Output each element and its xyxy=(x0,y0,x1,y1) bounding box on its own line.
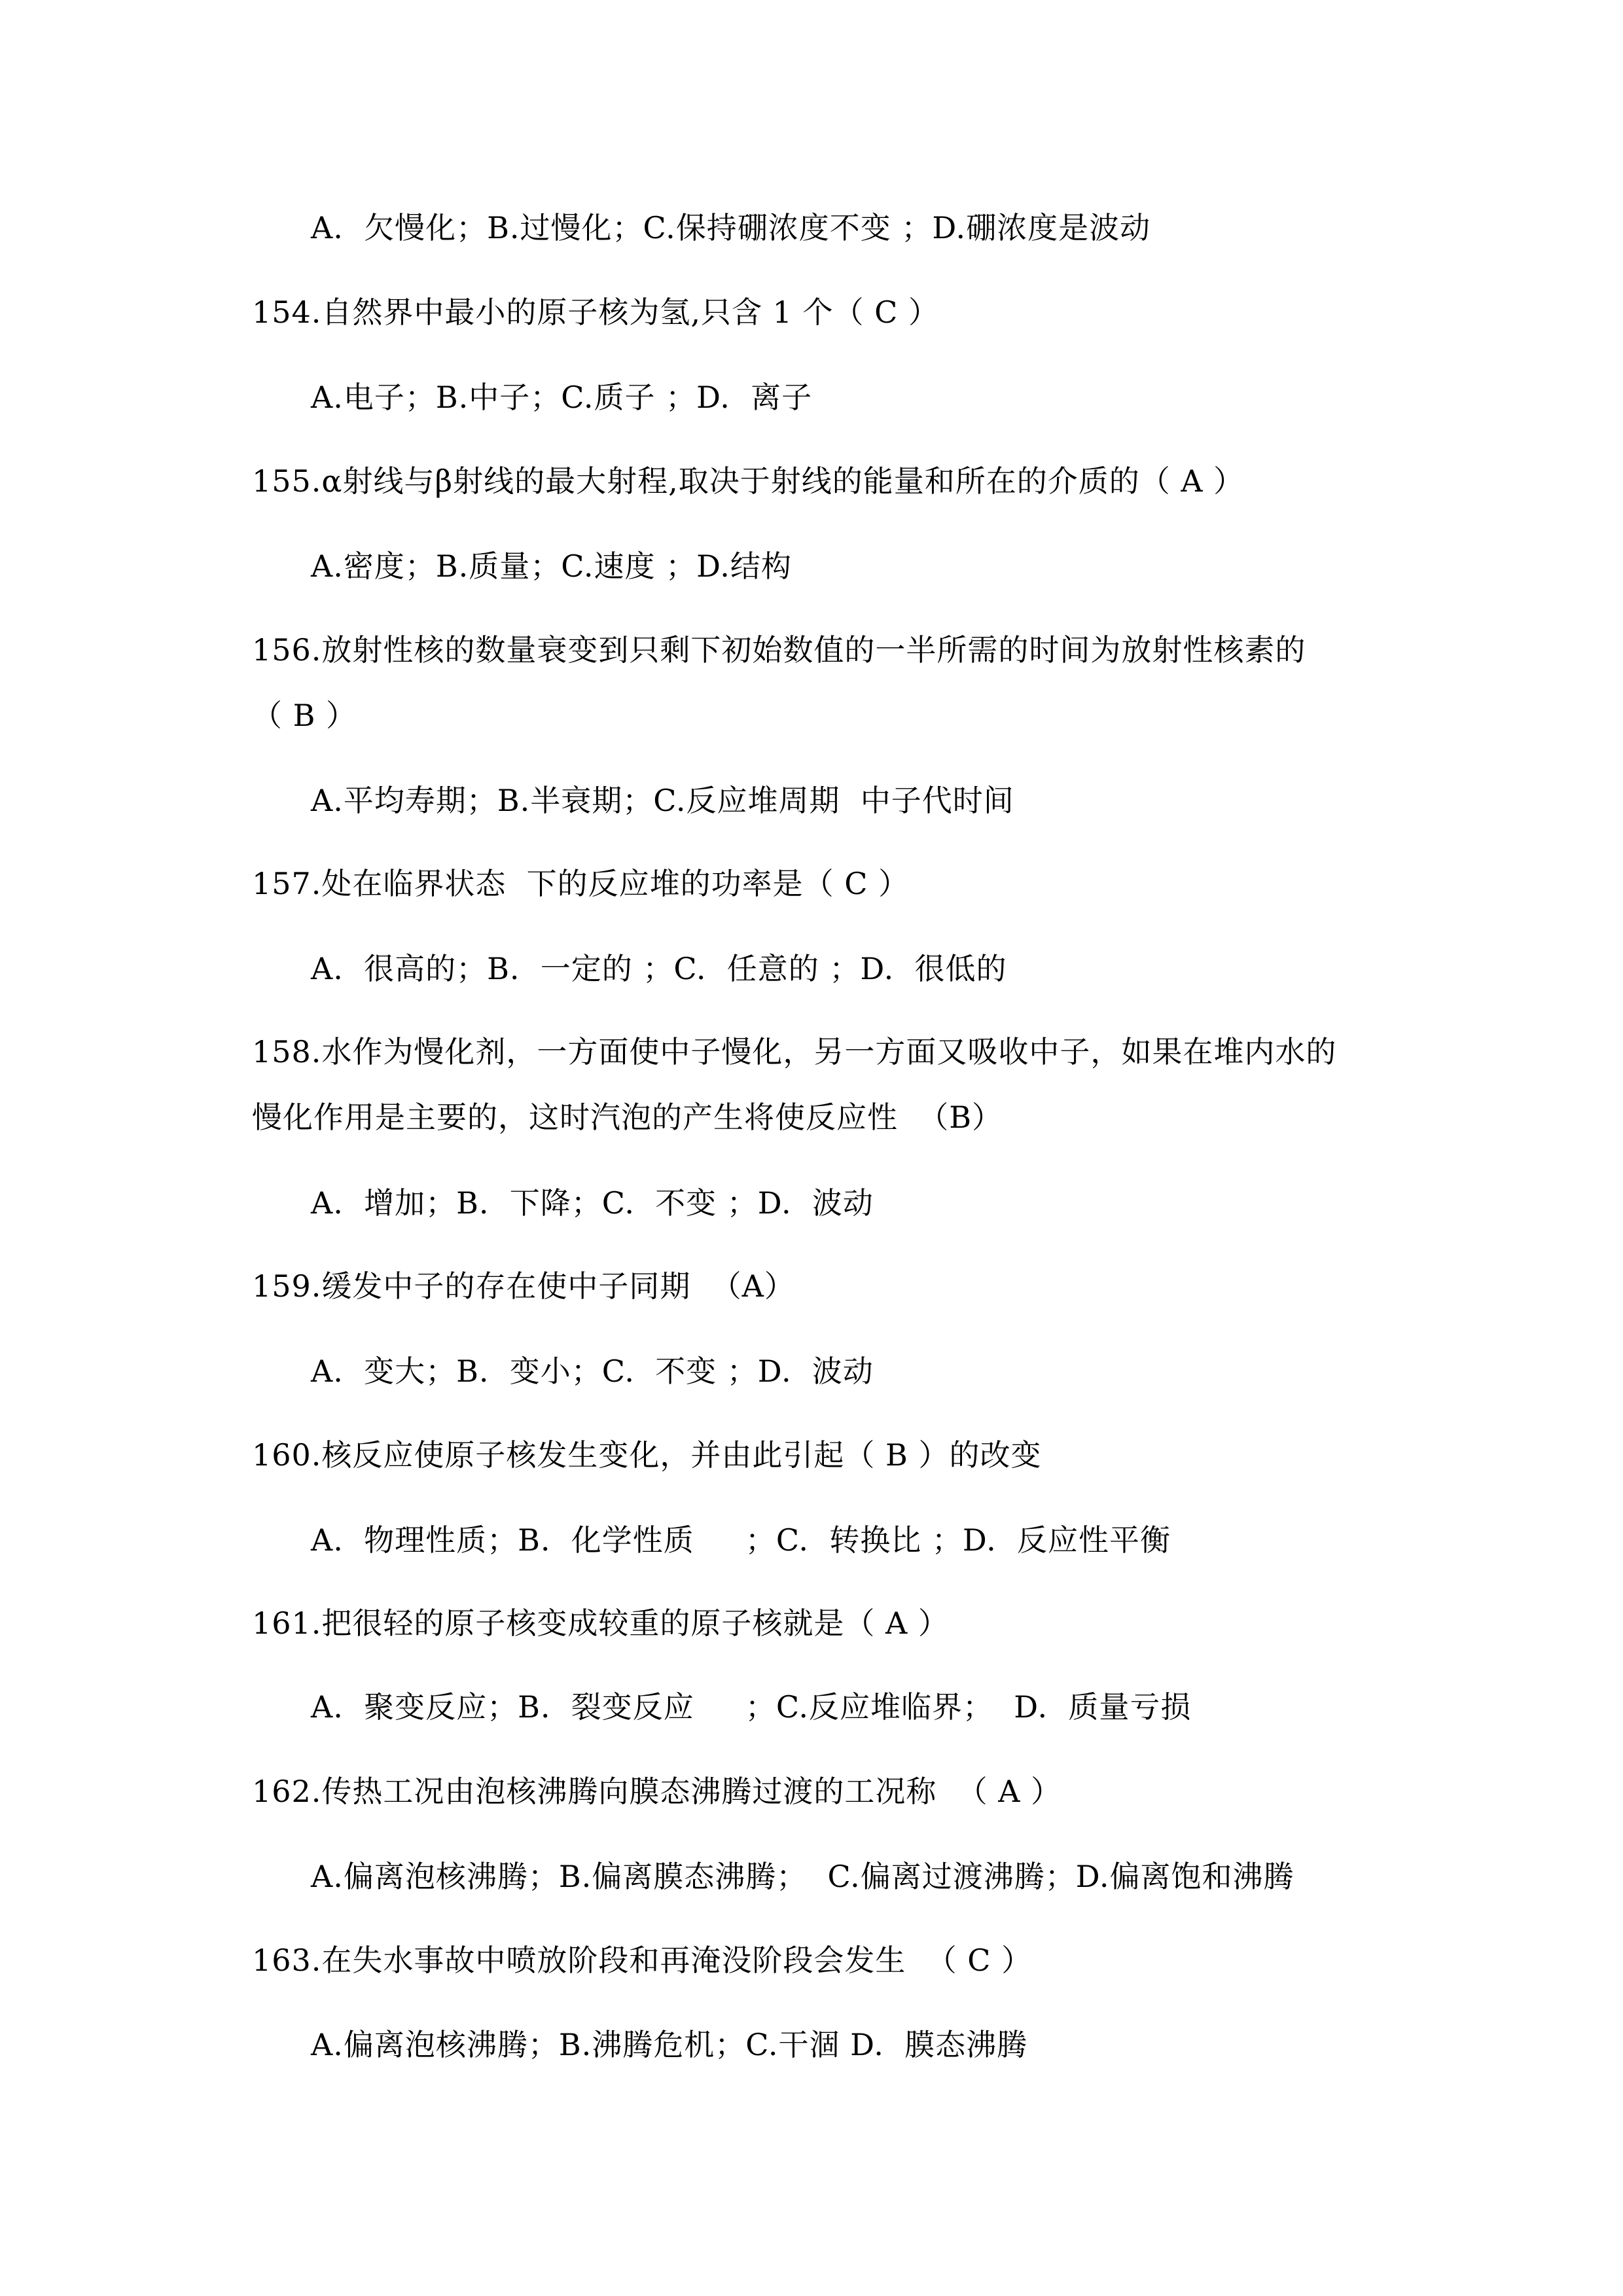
question-161: 161.把很轻的原子核变成较重的原子核就是（ A ） xyxy=(252,1604,949,1643)
question-156: 156.放射性核的数量衰变到只剩下初始数值的一半所需的时间为放射性核素的 xyxy=(252,630,1306,670)
question-158: 158.水作为慢化剂，一方面使中子慢化，另一方面又吸收中子，如果在堆内水的 xyxy=(252,1032,1336,1071)
options-160: A. 物理性质；B. 化学性质 ；C. 转换比 ；D. 反应性平衡 xyxy=(311,1520,1171,1560)
options-156: A.平均寿期；B.半衰期；C.反应堆周期 中子代时间 xyxy=(311,781,1014,820)
question-162: 162.传热工况由泡核沸腾向膜态沸腾过渡的工况称 （ A ） xyxy=(252,1772,1061,1811)
question-154: 154.自然界中最小的原子核为氢,只含 1 个（ C ） xyxy=(252,293,939,332)
options-154: A.电子；B.中子；C.质子 ；D. 离子 xyxy=(311,378,812,417)
options-158: A. 增加；B. 下降；C. 不变 ；D. 波动 xyxy=(311,1183,874,1223)
options-161: A. 聚变反应；B. 裂变反应 ；C.反应堆临界； D. 质量亏损 xyxy=(311,1687,1191,1727)
question-156-answer: （ B ） xyxy=(252,696,357,735)
question-155: 155.α射线与β射线的最大射程,取决于射线的能量和所在的介质的（ A ） xyxy=(252,461,1244,501)
options-153: A. 欠慢化；B.过慢化；C.保持硼浓度不变 ；D.硼浓度是波动 xyxy=(311,208,1150,247)
options-155: A.密度；B.质量；C.速度 ；D.结构 xyxy=(311,547,792,586)
question-159: 159.缓发中子的存在使中子同期 （A） xyxy=(252,1266,795,1306)
question-158-cont: 慢化作用是主要的，这时汽泡的产生将使反应性 （B） xyxy=(252,1098,1003,1137)
options-162: A.偏离泡核沸腾；B.偏离膜态沸腾； C.偏离过渡沸腾；D.偏离饱和沸腾 xyxy=(311,1857,1294,1896)
options-159: A. 变大；B. 变小；C. 不变 ；D. 波动 xyxy=(311,1352,874,1391)
question-157: 157.处在临界状态 下的反应堆的功率是（ C ） xyxy=(252,864,909,903)
question-160: 160.核反应使原子核发生变化，并由此引起（ B ）的改变 xyxy=(252,1435,1041,1475)
options-163: A.偏离泡核沸腾；B.沸腾危机；C.干涸 D. 膜态沸腾 xyxy=(311,2025,1027,2064)
question-163: 163.在失水事故中喷放阶段和再淹没阶段会发生 （ C ） xyxy=(252,1941,1032,1980)
options-157: A. 很高的；B. 一定的 ；C. 任意的 ；D. 很低的 xyxy=(311,949,1007,988)
